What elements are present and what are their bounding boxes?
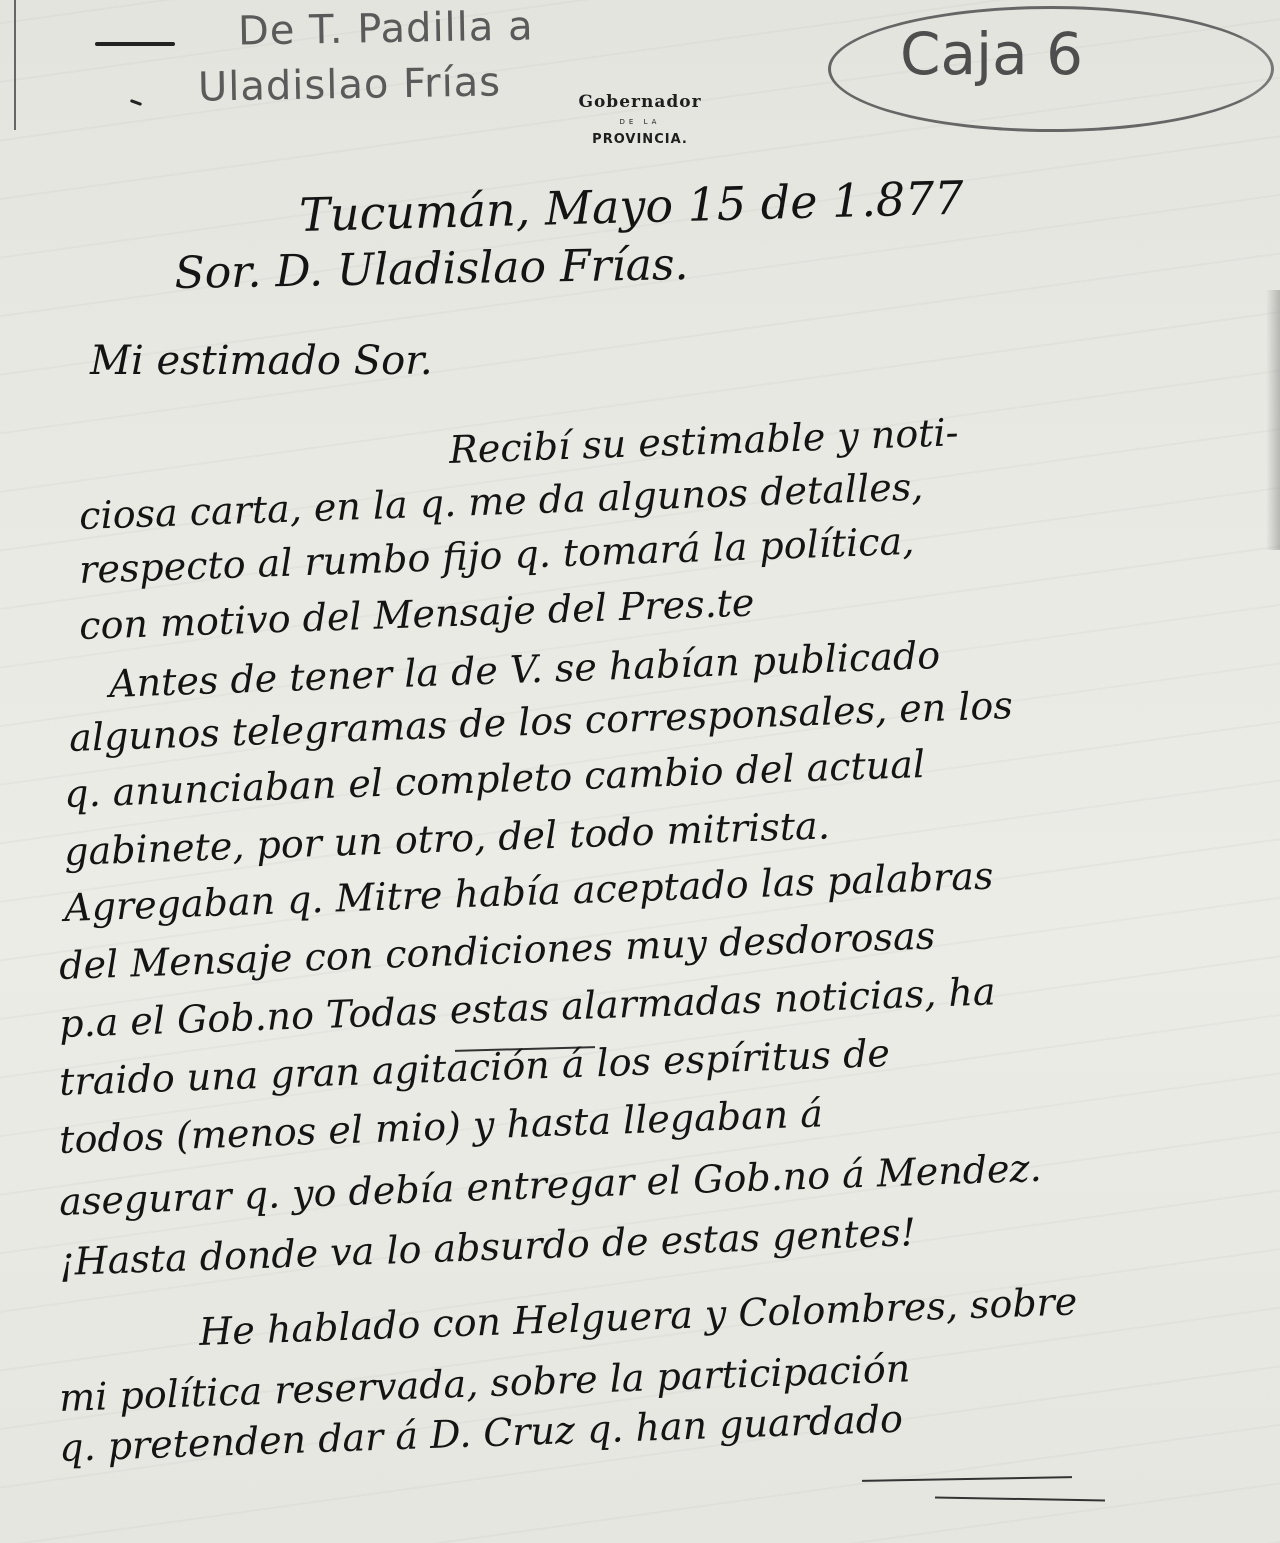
closing-flourish-1 [862, 1476, 1072, 1482]
salutation: Mi estimado Sor. [90, 338, 433, 384]
place-date: Tucumán, Mayo 15 de 1.877 [299, 171, 965, 242]
letterhead-title: Gobernador [540, 92, 740, 112]
body-line-16: He hablado con Helguera y Colombres, sob… [198, 1279, 1078, 1354]
pencil-annotation-line1: De T. Padilla a [238, 3, 534, 54]
page-edge-shadow [1266, 290, 1280, 550]
body-line-13: todos (menos el mio) y hasta llegaban á [58, 1091, 823, 1162]
margin-line [14, 0, 16, 130]
letterhead-preposition: DE LA [540, 118, 740, 126]
ink-dash [95, 42, 175, 46]
letterhead-province: PROVINCIA. [540, 132, 740, 147]
addressee: Sor. D. Uladislao Frías. [174, 239, 689, 299]
body-line-1: Recibí su estimable y noti- [448, 410, 959, 472]
pencil-annotation-line2: Uladislao Frías [198, 59, 502, 110]
letterhead: Gobernador DE LA PROVINCIA. [540, 92, 740, 147]
body-line-15: ¡Hasta donde va lo absurdo de estas gent… [58, 1210, 916, 1284]
letter-page: De T. Padilla a Uladislao Frías Caja 6 G… [0, 0, 1280, 1543]
archive-label: Caja 6 [900, 20, 1083, 88]
body-line-4: con motivo del Mensaje del Pres.te [78, 580, 755, 648]
ink-dash-small [130, 99, 142, 106]
closing-flourish-2 [935, 1497, 1105, 1502]
